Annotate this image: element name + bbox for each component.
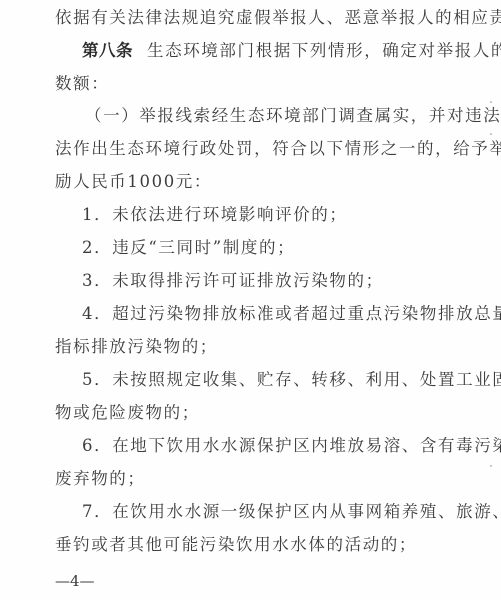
page-number: —4— bbox=[55, 572, 95, 590]
article-heading: 第八条 bbox=[82, 41, 133, 60]
item-6-line-1: 6．在地下饮用水水源保护区内堆放易溶、含有毒污染物的 bbox=[82, 436, 447, 456]
item-4-line-2: 指标排放污染物的； bbox=[55, 337, 447, 357]
item-2: 2．违反“三同时”制度的； bbox=[82, 238, 447, 258]
document-page: 依据有关法律法规追究虚假举报人、恶意举报人的相应责任。 第八条生态环境部门根据下… bbox=[0, 0, 501, 600]
clause-1-line-3: 励人民币1000元： bbox=[55, 172, 447, 192]
text-line-3: 数额： bbox=[55, 74, 447, 94]
item-5-line-2: 物或危险废物的； bbox=[55, 403, 447, 423]
scan-speck bbox=[490, 465, 492, 467]
text-line-1: 依据有关法律法规追究虚假举报人、恶意举报人的相应责任。 bbox=[55, 8, 447, 28]
item-7-line-1: 7．在饮用水水源一级保护区内从事网箱养殖、旅游、游泳、 bbox=[82, 502, 447, 522]
item-3: 3．未取得排污许可证排放污染物的； bbox=[82, 271, 447, 291]
item-1: 1．未依法进行环境影响评价的； bbox=[82, 205, 447, 225]
article-8-line: 第八条生态环境部门根据下列情形，确定对举报人的奖金 bbox=[82, 41, 447, 61]
item-4-line-1: 4．超过污染物排放标准或者超过重点污染物排放总量控制 bbox=[82, 304, 447, 324]
clause-1-line-2: 法作出生态环境行政处罚，符合以下情形之一的，给予举报人奖 bbox=[55, 139, 447, 159]
scan-speck bbox=[490, 133, 492, 135]
item-5-line-1: 5．未按照规定收集、贮存、转移、利用、处置工业固体废 bbox=[82, 370, 447, 390]
clause-1-line-1: （一）举报线索经生态环境部门调查属实，并对违法行为依 bbox=[85, 106, 450, 126]
item-7-line-2: 垂钓或者其他可能污染饮用水水体的活动的； bbox=[55, 535, 447, 555]
scan-speck bbox=[490, 101, 492, 103]
item-6-line-2: 废弃物的； bbox=[55, 469, 447, 489]
article-8-text: 生态环境部门根据下列情形，确定对举报人的奖金 bbox=[147, 41, 501, 60]
